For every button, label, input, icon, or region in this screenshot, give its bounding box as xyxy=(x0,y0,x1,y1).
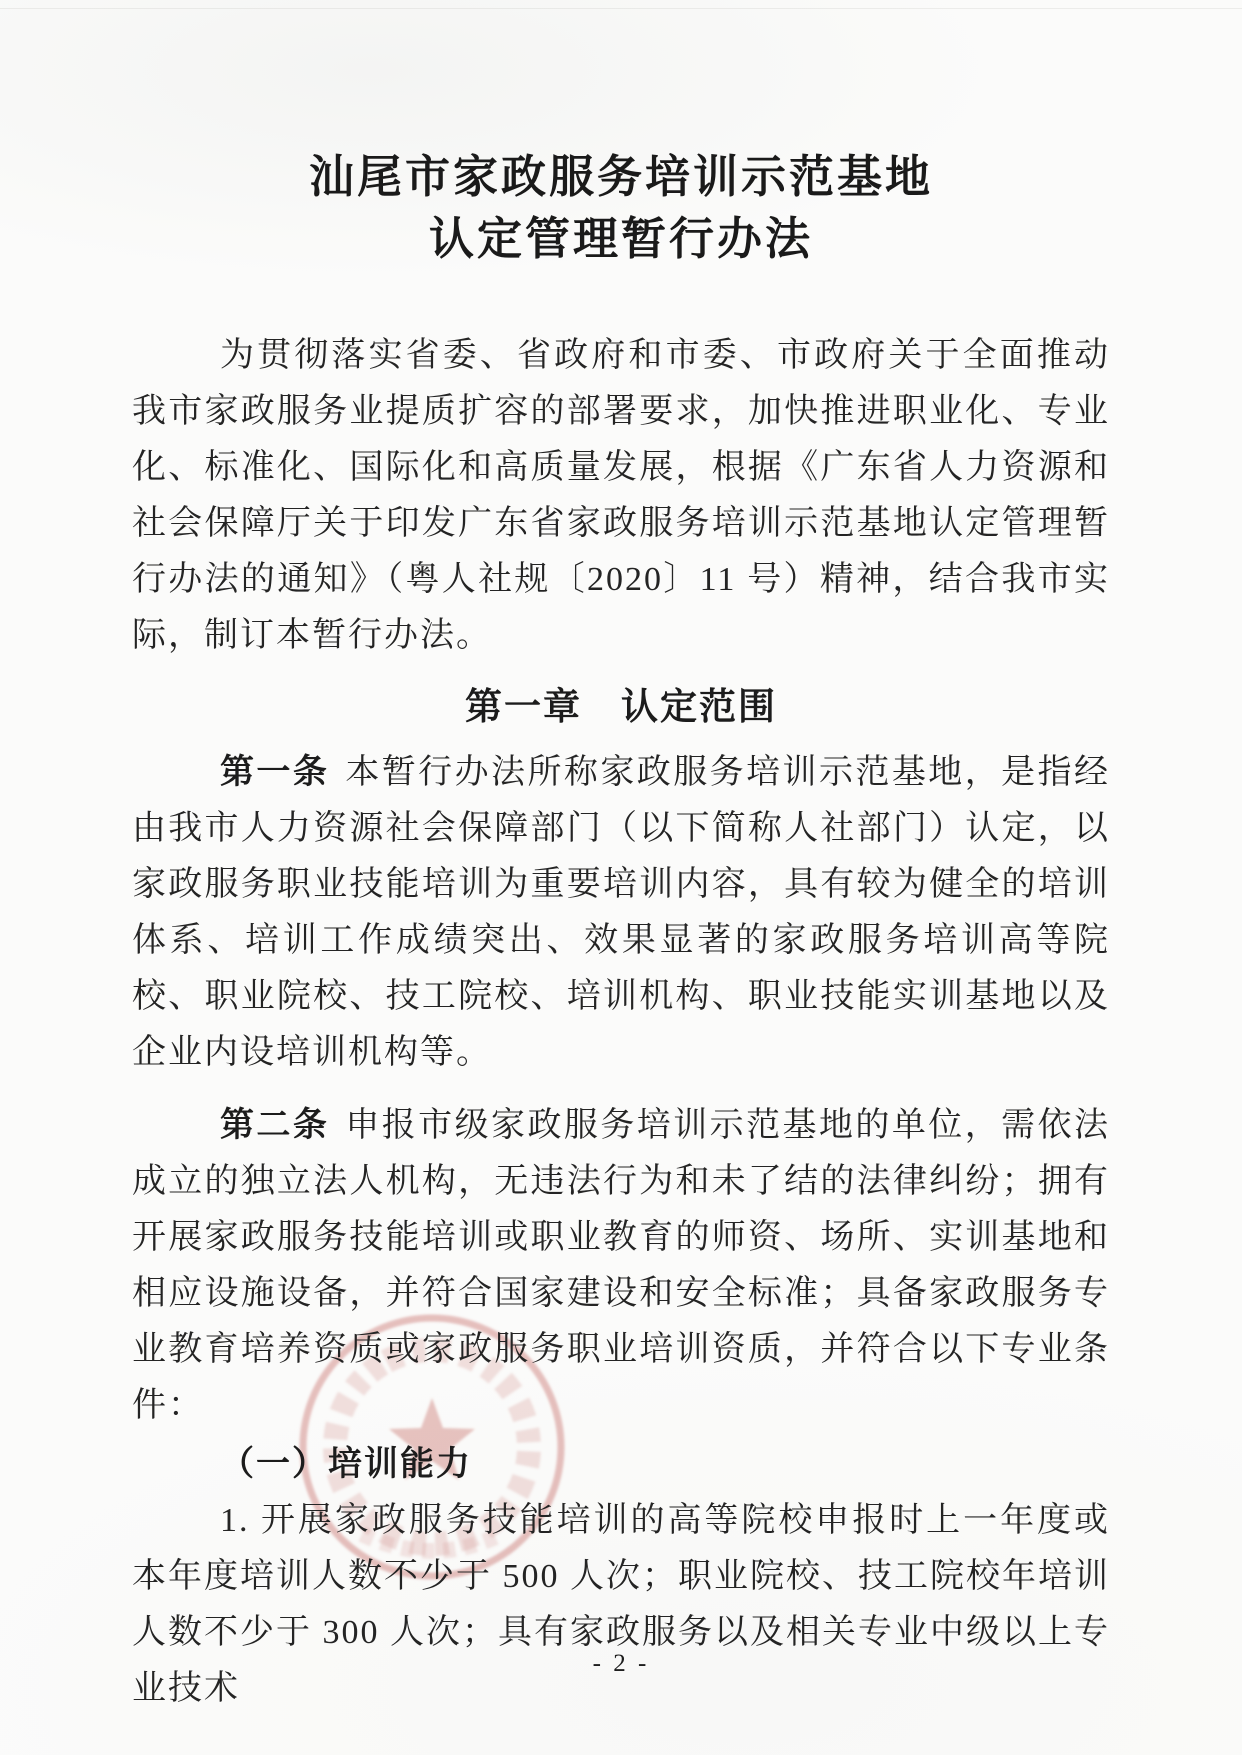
document-title: 汕尾市家政服务培训示范基地 认定管理暂行办法 xyxy=(132,0,1110,270)
intro-paragraph: 为贯彻落实省委、省政府和市委、市政府关于全面推动我市家政服务业提质扩容的部署要求… xyxy=(132,328,1110,664)
article-1-text: 本暂行办法所称家政服务培训示范基地，是指经由我市人力资源社会保障部门（以下简称人… xyxy=(132,754,1110,1071)
condition-1-heading: （一）培训能力 xyxy=(132,1436,1110,1493)
condition-1-item-1: 1. 开展家政服务技能培训的高等院校申报时上一年度或本年度培训人数不少于 500… xyxy=(132,1493,1110,1717)
article-1-paragraph: 第一条本暂行办法所称家政服务培训示范基地，是指经由我市人力资源社会保障部门（以下… xyxy=(132,744,1110,1081)
article-2-text: 申报市级家政服务培训示范基地的单位，需依法成立的独立法人机构，无违法行为和未了结… xyxy=(132,1107,1110,1424)
condition-1-heading-label: （一）培训能力 xyxy=(220,1445,472,1483)
article-1-label: 第一条 xyxy=(220,753,329,791)
document-title-line1: 汕尾市家政服务培训示范基地 xyxy=(132,146,1110,208)
document-page: 汕尾市家政服务培训示范基地 认定管理暂行办法 为贯彻落实省委、省政府和市委、市政… xyxy=(0,0,1242,1755)
page-number: - 2 - xyxy=(0,1650,1242,1678)
chapter-heading: 第一章 认定范围 xyxy=(132,678,1110,736)
article-2-paragraph: 第二条申报市级家政服务培训示范基地的单位，需依法成立的独立法人机构，无违法行为和… xyxy=(132,1097,1110,1434)
article-2-label: 第二条 xyxy=(220,1106,329,1144)
document-content: 汕尾市家政服务培训示范基地 认定管理暂行办法 为贯彻落实省委、省政府和市委、市政… xyxy=(132,0,1110,1717)
document-title-line2: 认定管理暂行办法 xyxy=(132,208,1110,270)
